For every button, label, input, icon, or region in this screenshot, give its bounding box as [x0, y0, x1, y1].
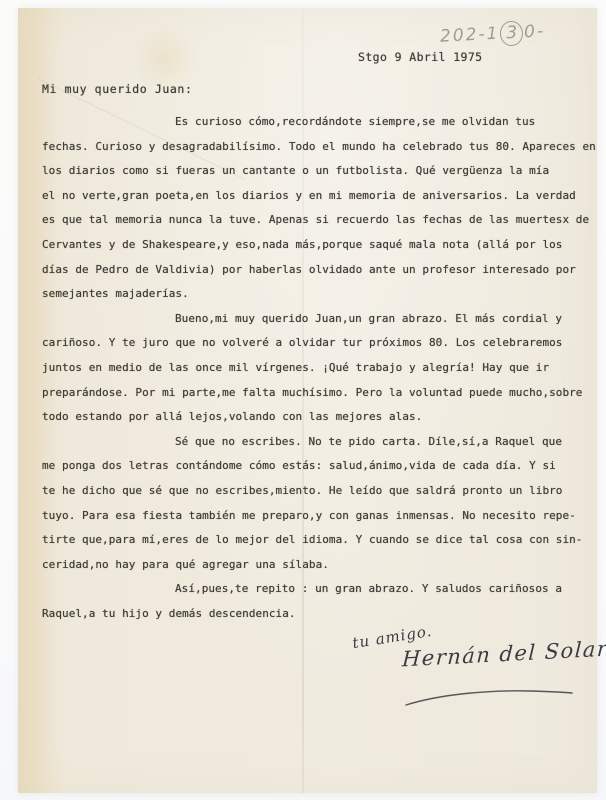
- body-line: juntos en medio de las once mil vírgenes…: [42, 356, 600, 381]
- archival-mark: 202-130-: [439, 19, 545, 49]
- body-line: preparándose. Por mi parte,me falta much…: [42, 381, 600, 406]
- letter-paper: 202-130- Stgo 9 Abril 1975 Mi muy querid…: [18, 8, 597, 793]
- body-line: Cervantes y de Shakespeare,y eso,nada má…: [42, 233, 600, 258]
- archival-mark-prefix: 202-1: [440, 24, 500, 47]
- scanned-letter-page: { "colors":{"ink":"#3f3c37","pencil":"#a…: [0, 0, 606, 800]
- body-line: te he dicho que sé que no escribes,mient…: [42, 479, 600, 504]
- signature-flourish: [403, 684, 575, 710]
- body-line: Bueno,mi muy querido Juan,un gran abrazo…: [42, 307, 600, 332]
- body-line: tuyo. Para esa fiesta también me preparo…: [42, 504, 600, 529]
- archival-mark-circled-number: 3: [500, 20, 524, 46]
- signature-handwritten: Hernán del Solar: [402, 637, 606, 672]
- body-line: cariñoso. Y te juro que no volveré a olv…: [42, 331, 600, 356]
- body-line: semejantes majaderías.: [42, 282, 600, 307]
- letter-body: Es curioso cómo,recordándote siempre,se …: [42, 110, 600, 626]
- body-line: Es curioso cómo,recordándote siempre,se …: [42, 110, 600, 135]
- body-line: es que tal memoria nunca la tuve. Apenas…: [42, 208, 600, 233]
- body-line: fechas. Curioso y desagradabilísimo. Tod…: [42, 135, 600, 160]
- body-line: tirte que,para mí,eres de lo mejor del i…: [42, 528, 600, 553]
- body-line: el no verte,gran poeta,en los diarios y …: [42, 184, 600, 209]
- body-line: me ponga dos letras contándome cómo está…: [42, 454, 600, 479]
- body-line: días de Pedro de Valdivia) por haberlas …: [42, 258, 600, 283]
- body-line: Sé que no escribes. No te pido carta. Dí…: [42, 430, 600, 455]
- body-line: los diarios como si fueras un cantante o…: [42, 159, 600, 184]
- body-line: ceridad,no hay para qué agregar una síla…: [42, 553, 600, 578]
- archival-mark-suffix: 0-: [524, 21, 546, 42]
- body-line: Raquel,a tu hijo y demás descendencia.: [42, 602, 600, 627]
- body-line: Así,pues,te repito : un gran abrazo. Y s…: [42, 577, 600, 602]
- dateline: Stgo 9 Abril 1975: [358, 50, 483, 64]
- body-line: todo estando por allá lejos,volando con …: [42, 405, 600, 430]
- salutation: Mi muy querido Juan:: [42, 82, 192, 96]
